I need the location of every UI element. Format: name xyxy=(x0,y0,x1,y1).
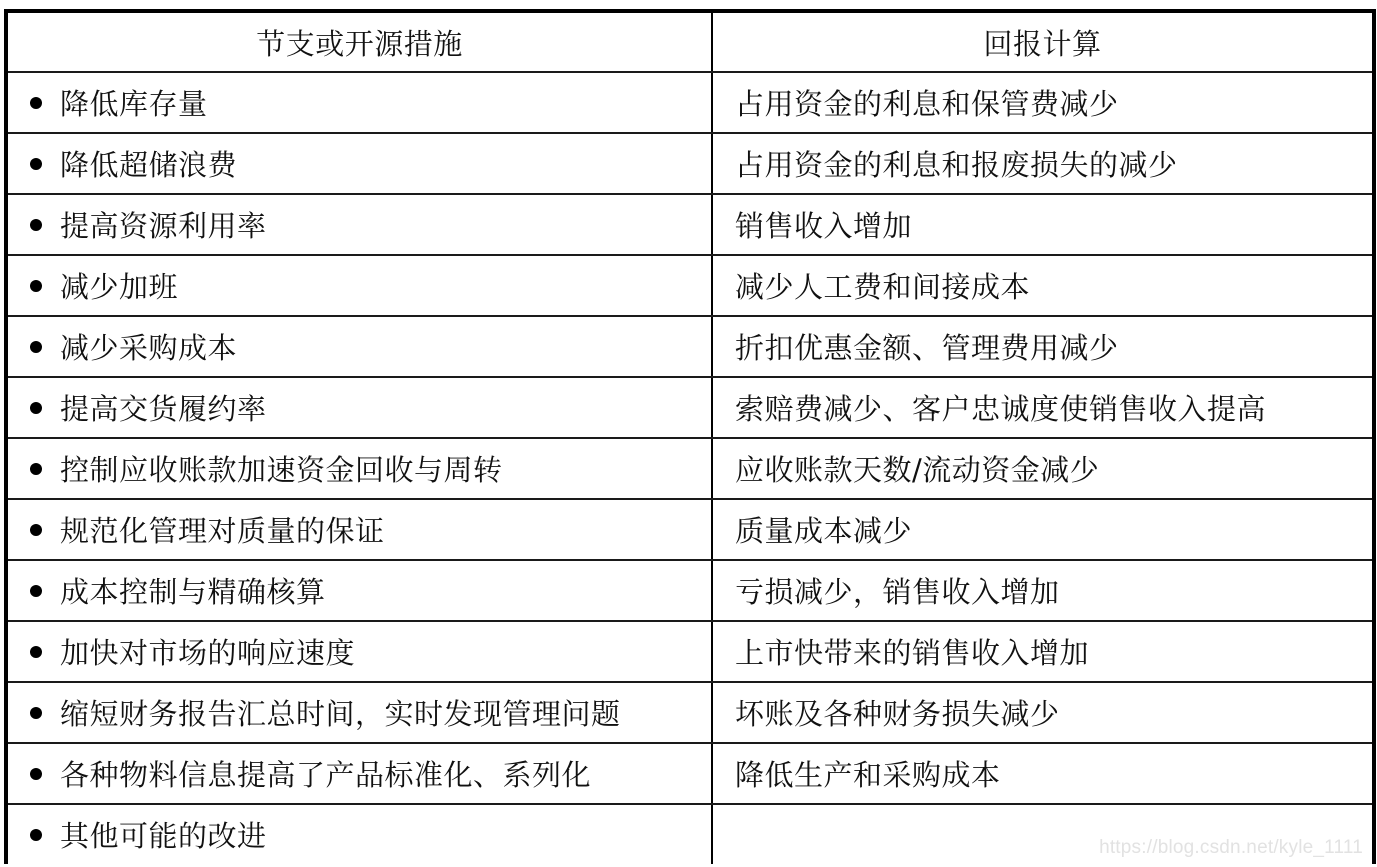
measure-cell: 减少采购成本 xyxy=(6,316,712,377)
return-cell: 坏账及各种财务损失减少 xyxy=(712,682,1374,743)
measure-cell: 控制应收账款加速资金回收与周转 xyxy=(6,438,712,499)
measure-text: 提高交货履约率 xyxy=(60,392,267,426)
return-cell: 上市快带来的销售收入增加 xyxy=(712,621,1374,682)
table-row: 提高交货履约率 索赔费减少、客户忠诚度使销售收入提高 xyxy=(6,377,1374,438)
table-row: 成本控制与精确核算 亏损减少，销售收入增加 xyxy=(6,560,1374,621)
measure-text: 各种物料信息提高了产品标准化、系列化 xyxy=(60,758,591,792)
table-row: 减少采购成本 折扣优惠金额、管理费用减少 xyxy=(6,316,1374,377)
return-cell: 应收账款天数/流动资金减少 xyxy=(712,438,1374,499)
measure-text: 控制应收账款加速资金回收与周转 xyxy=(60,453,503,487)
bullet-icon xyxy=(30,463,42,475)
measure-text: 降低库存量 xyxy=(60,87,208,121)
header-return: 回报计算 xyxy=(712,11,1374,72)
measure-text: 减少采购成本 xyxy=(60,331,237,365)
bullet-icon xyxy=(30,158,42,170)
measure-cell: 提高交货履约率 xyxy=(6,377,712,438)
return-cell: 占用资金的利息和报废损失的减少 xyxy=(712,133,1374,194)
table-row: 规范化管理对质量的保证 质量成本减少 xyxy=(6,499,1374,560)
table-row: 各种物料信息提高了产品标准化、系列化 降低生产和采购成本 xyxy=(6,743,1374,804)
bullet-icon xyxy=(30,829,42,841)
measure-cell: 减少加班 xyxy=(6,255,712,316)
table-row: 降低超储浪费 占用资金的利息和报废损失的减少 xyxy=(6,133,1374,194)
measure-cell: 加快对市场的响应速度 xyxy=(6,621,712,682)
measure-text: 提高资源利用率 xyxy=(60,209,267,243)
bullet-icon xyxy=(30,97,42,109)
measure-text: 缩短财务报告汇总时间，实时发现管理问题 xyxy=(60,697,621,731)
return-cell: 占用资金的利息和保管费减少 xyxy=(712,72,1374,133)
bullet-icon xyxy=(30,646,42,658)
measure-cell: 成本控制与精确核算 xyxy=(6,560,712,621)
bullet-icon xyxy=(30,524,42,536)
header-measure: 节支或开源措施 xyxy=(6,11,712,72)
measure-cell: 降低库存量 xyxy=(6,72,712,133)
table-header-row: 节支或开源措施 回报计算 xyxy=(6,11,1374,72)
measure-text: 加快对市场的响应速度 xyxy=(60,636,355,670)
measure-cell: 规范化管理对质量的保证 xyxy=(6,499,712,560)
table-row: 加快对市场的响应速度 上市快带来的销售收入增加 xyxy=(6,621,1374,682)
measure-cell: 各种物料信息提高了产品标准化、系列化 xyxy=(6,743,712,804)
benefit-table-container: 节支或开源措施 回报计算 降低库存量 占用资金的利息和保管费减少 降低超储浪费 … xyxy=(4,9,1376,864)
table-row: 提高资源利用率 销售收入增加 xyxy=(6,194,1374,255)
return-cell: 降低生产和采购成本 xyxy=(712,743,1374,804)
bullet-icon xyxy=(30,280,42,292)
cost-saving-return-table: 节支或开源措施 回报计算 降低库存量 占用资金的利息和保管费减少 降低超储浪费 … xyxy=(4,9,1376,864)
table-row: 缩短财务报告汇总时间，实时发现管理问题 坏账及各种财务损失减少 xyxy=(6,682,1374,743)
bullet-icon xyxy=(30,341,42,353)
measure-text: 降低超储浪费 xyxy=(60,148,237,182)
bullet-icon xyxy=(30,768,42,780)
measure-text: 成本控制与精确核算 xyxy=(60,575,326,609)
measure-text: 规范化管理对质量的保证 xyxy=(60,514,385,548)
bullet-icon xyxy=(30,585,42,597)
bullet-icon xyxy=(30,707,42,719)
return-cell: 亏损减少，销售收入增加 xyxy=(712,560,1374,621)
measure-cell: 其他可能的改进 xyxy=(6,804,712,864)
measure-text: 其他可能的改进 xyxy=(60,819,267,853)
measure-cell: 降低超储浪费 xyxy=(6,133,712,194)
table-row: 减少加班 减少人工费和间接成本 xyxy=(6,255,1374,316)
return-cell: 销售收入增加 xyxy=(712,194,1374,255)
measure-text: 减少加班 xyxy=(60,270,178,304)
return-cell: 索赔费减少、客户忠诚度使销售收入提高 xyxy=(712,377,1374,438)
return-cell: 折扣优惠金额、管理费用减少 xyxy=(712,316,1374,377)
return-cell: 质量成本减少 xyxy=(712,499,1374,560)
watermark-text: https://blog.csdn.net/kyle_1111 xyxy=(1099,837,1363,859)
table-row: 控制应收账款加速资金回收与周转 应收账款天数/流动资金减少 xyxy=(6,438,1374,499)
bullet-icon xyxy=(30,402,42,414)
table-row: 降低库存量 占用资金的利息和保管费减少 xyxy=(6,72,1374,133)
measure-cell: 提高资源利用率 xyxy=(6,194,712,255)
measure-cell: 缩短财务报告汇总时间，实时发现管理问题 xyxy=(6,682,712,743)
return-cell: 减少人工费和间接成本 xyxy=(712,255,1374,316)
bullet-icon xyxy=(30,219,42,231)
